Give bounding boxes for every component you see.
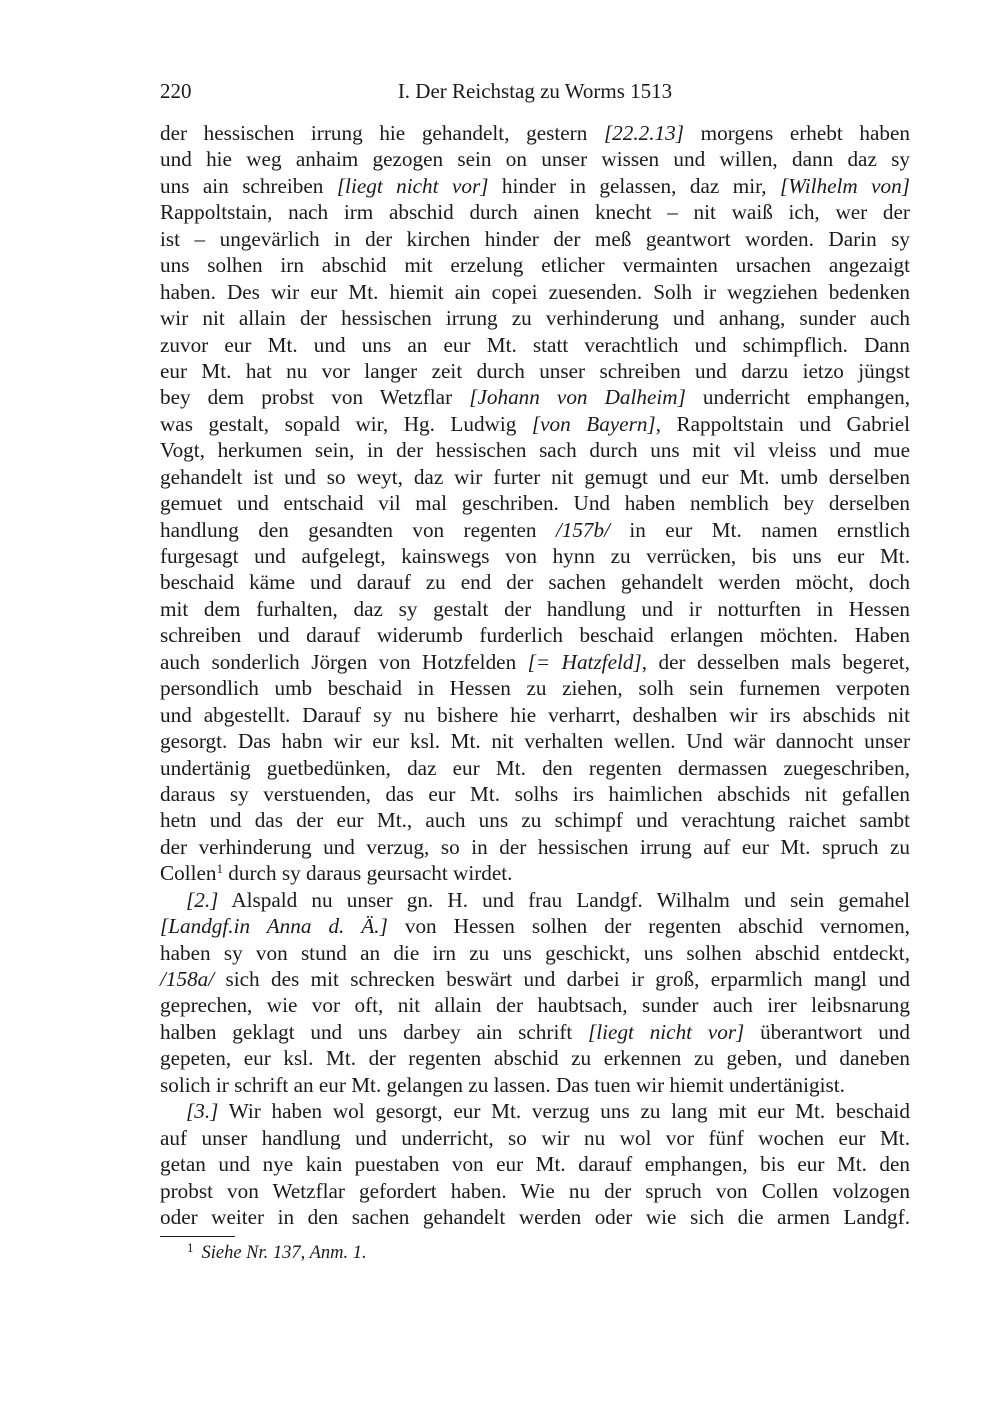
text-segment: gemuet und entschaid vil mal geschriben.… bbox=[160, 491, 910, 515]
text-line: eur Mt. hat nu vor langer zeit durch uns… bbox=[160, 358, 910, 384]
footnote-text: Siehe Nr. 137, Anm. 1. bbox=[202, 1243, 367, 1263]
text-line: getan und nye kain puestaben von eur Mt.… bbox=[160, 1151, 910, 1177]
text-line: ist – ungevärlich in der kirchen hinder … bbox=[160, 226, 910, 252]
editorial-annotation: [= Hatzfeld] bbox=[528, 650, 642, 674]
text-line: und abgestellt. Darauf sy nu bishere hie… bbox=[160, 702, 910, 728]
text-segment: uns ain schreiben bbox=[160, 174, 337, 198]
text-segment: morgens erhebt haben bbox=[684, 121, 910, 145]
text-line: geprechen, wie vor oft, nit allain der h… bbox=[160, 992, 910, 1018]
footnote-mark: 1 bbox=[187, 1240, 194, 1255]
text-line: Collen1 durch sy daraus geursacht wirdet… bbox=[160, 860, 910, 886]
text-line: daraus sy verstuenden, das eur Mt. solhs… bbox=[160, 781, 910, 807]
text-line: auch sonderlich Jörgen von Hotzfelden [=… bbox=[160, 649, 910, 675]
text-segment: durch sy daraus geursacht wirdet. bbox=[223, 861, 512, 885]
footnotes: 1Siehe Nr. 137, Anm. 1. bbox=[160, 1241, 910, 1265]
text-line: gehandelt ist und so weyt, daz wir furte… bbox=[160, 464, 910, 490]
editorial-annotation: /158a/ bbox=[160, 967, 214, 991]
text-segment: gehandelt ist und so weyt, daz wir furte… bbox=[160, 465, 910, 489]
text-segment: was gestalt, sopald wir, Hg. Ludwig bbox=[160, 412, 532, 436]
text-segment: geprechen, wie vor oft, nit allain der h… bbox=[160, 993, 910, 1017]
text-segment: , Rappoltstain und Gabriel bbox=[656, 412, 910, 436]
text-line: haben. Des wir eur Mt. hiemit ain copei … bbox=[160, 279, 910, 305]
text-line: Rappoltstain, nach irm abschid durch ain… bbox=[160, 199, 910, 225]
text-segment: hetn und das der eur Mt., auch uns zu sc… bbox=[160, 808, 910, 832]
text-segment: underricht emphangen, bbox=[686, 385, 910, 409]
editorial-annotation: /157b/ bbox=[556, 518, 610, 542]
text-line: bey dem probst von Wetzflar [Johann von … bbox=[160, 384, 910, 410]
text-line: zuvor eur Mt. und uns an eur Mt. statt v… bbox=[160, 332, 910, 358]
text-segment: auch sonderlich Jörgen von Hotzfelden bbox=[160, 650, 528, 674]
editorial-annotation: [2.] bbox=[186, 888, 218, 912]
text-segment: probst von Wetzflar gefordert haben. Wie… bbox=[160, 1179, 910, 1203]
text-line: beschaid käme und darauf zu end der sach… bbox=[160, 569, 910, 595]
text-segment: Rappoltstain, nach irm abschid durch ain… bbox=[160, 200, 910, 224]
text-segment: der verhinderung und verzug, so in der h… bbox=[160, 835, 910, 859]
text-segment: der hessischen irrung hie gehandelt, ges… bbox=[160, 121, 604, 145]
text-line: /158a/ sich des mit schrecken beswärt un… bbox=[160, 966, 910, 992]
text-line: und hie weg anhaim gezogen sein on unser… bbox=[160, 146, 910, 172]
editorial-annotation: [22.2.13] bbox=[604, 121, 684, 145]
text-segment: wir nit allain der hessischen irrung zu … bbox=[160, 306, 910, 330]
text-segment: undertänig guetbedünken, daz eur Mt. den… bbox=[160, 756, 910, 780]
editorial-annotation: [liegt nicht vor] bbox=[337, 174, 489, 198]
text-segment: eur Mt. hat nu vor langer zeit durch uns… bbox=[160, 359, 910, 383]
text-segment: Collen bbox=[160, 861, 217, 885]
text-segment: mit dem furhalten, daz sy gestalt der ha… bbox=[160, 597, 910, 621]
text-segment: daraus sy verstuenden, das eur Mt. solhs… bbox=[160, 782, 910, 806]
text-segment: Vogt, herkumen sein, in der hessischen s… bbox=[160, 438, 910, 462]
text-line: [Landgf.in Anna d. Ä.] von Hessen solhen… bbox=[160, 913, 910, 939]
text-segment: uns solhen irn abschid mit erzelung etli… bbox=[160, 253, 910, 277]
text-line: solich ir schrift an eur Mt. gelangen zu… bbox=[160, 1072, 910, 1098]
running-title: I. Der Reichstag zu Worms 1513 bbox=[160, 79, 910, 104]
text-line: auf unser handlung und underricht, so wi… bbox=[160, 1125, 910, 1151]
editorial-annotation: [3.] bbox=[186, 1099, 218, 1123]
text-line: haben sy von stund an die irn zu uns ges… bbox=[160, 940, 910, 966]
text-line: mit dem furhalten, daz sy gestalt der ha… bbox=[160, 596, 910, 622]
text-segment: von Hessen solhen der regenten abschid v… bbox=[388, 914, 910, 938]
text-segment: handlung den gesandten von regenten bbox=[160, 518, 556, 542]
editorial-annotation: [von Bayern] bbox=[532, 412, 656, 436]
text-segment: furgesagt und aufgelegt, kainswegs von h… bbox=[160, 544, 910, 568]
text-segment: sich des mit schrecken beswärt und darbe… bbox=[214, 967, 910, 991]
footnote-divider bbox=[160, 1236, 235, 1237]
text-segment: bey dem probst von Wetzflar bbox=[160, 385, 469, 409]
text-segment: hinder in gelassen, daz mir, bbox=[488, 174, 780, 198]
text-segment: getan und nye kain puestaben von eur Mt.… bbox=[160, 1152, 910, 1176]
text-line: uns solhen irn abschid mit erzelung etli… bbox=[160, 252, 910, 278]
text-line: der hessischen irrung hie gehandelt, ges… bbox=[160, 120, 910, 146]
editorial-annotation: [Landgf.in Anna d. Ä.] bbox=[160, 914, 388, 938]
text-segment: beschaid käme und darauf zu end der sach… bbox=[160, 570, 910, 594]
text-line: persondlich umb beschaid in Hessen zu zi… bbox=[160, 675, 910, 701]
text-line: furgesagt und aufgelegt, kainswegs von h… bbox=[160, 543, 910, 569]
text-segment: persondlich umb beschaid in Hessen zu zi… bbox=[160, 676, 910, 700]
text-segment: haben sy von stund an die irn zu uns ges… bbox=[160, 941, 910, 965]
text-line: oder weiter in den sachen gehandelt werd… bbox=[160, 1204, 910, 1230]
footnote: 1Siehe Nr. 137, Anm. 1. bbox=[160, 1241, 910, 1265]
editorial-annotation: [Wilhelm von] bbox=[780, 174, 910, 198]
text-segment: überantwort und bbox=[744, 1020, 910, 1044]
text-segment: Wir haben wol gesorgt, eur Mt. verzug un… bbox=[218, 1099, 910, 1123]
text-segment: zuvor eur Mt. und uns an eur Mt. statt v… bbox=[160, 333, 910, 357]
text-line: hetn und das der eur Mt., auch uns zu sc… bbox=[160, 807, 910, 833]
editorial-annotation: [Johann von Dalheim] bbox=[469, 385, 686, 409]
text-line: wir nit allain der hessischen irrung zu … bbox=[160, 305, 910, 331]
text-line: undertänig guetbedünken, daz eur Mt. den… bbox=[160, 755, 910, 781]
text-line: uns ain schreiben [liegt nicht vor] hind… bbox=[160, 173, 910, 199]
text-segment: und hie weg anhaim gezogen sein on unser… bbox=[160, 147, 910, 171]
text-segment: Alspald nu unser gn. H. und frau Landgf.… bbox=[218, 888, 910, 912]
text-segment: ist – ungevärlich in der kirchen hinder … bbox=[160, 227, 910, 251]
text-segment: in eur Mt. namen ernstlich bbox=[610, 518, 910, 542]
text-line: [3.] Wir haben wol gesorgt, eur Mt. verz… bbox=[160, 1098, 910, 1124]
text-line: [2.] Alspald nu unser gn. H. und frau La… bbox=[160, 887, 910, 913]
text-line: der verhinderung und verzug, so in der h… bbox=[160, 834, 910, 860]
text-segment: solich ir schrift an eur Mt. gelangen zu… bbox=[160, 1073, 845, 1097]
page-header: 220 I. Der Reichstag zu Worms 1513 bbox=[160, 79, 910, 107]
text-line: Vogt, herkumen sein, in der hessischen s… bbox=[160, 437, 910, 463]
text-line: gesorgt. Das habn wir eur ksl. Mt. nit v… bbox=[160, 728, 910, 754]
text-segment: gepeten, eur ksl. Mt. der regenten absch… bbox=[160, 1046, 910, 1070]
text-segment: gesorgt. Das habn wir eur ksl. Mt. nit v… bbox=[160, 729, 910, 753]
text-line: gepeten, eur ksl. Mt. der regenten absch… bbox=[160, 1045, 910, 1071]
text-line: handlung den gesandten von regenten /157… bbox=[160, 517, 910, 543]
editorial-annotation: [liegt nicht vor] bbox=[588, 1020, 744, 1044]
text-segment: , der desselben mals begeret, bbox=[642, 650, 910, 674]
text-line: halben geklagt und uns darbey ain schrif… bbox=[160, 1019, 910, 1045]
text-line: gemuet und entschaid vil mal geschriben.… bbox=[160, 490, 910, 516]
text-line: schreiben und darauf widerumb furderlich… bbox=[160, 622, 910, 648]
text-segment: und abgestellt. Darauf sy nu bishere hie… bbox=[160, 703, 910, 727]
text-line: was gestalt, sopald wir, Hg. Ludwig [von… bbox=[160, 411, 910, 437]
text-segment: schreiben und darauf widerumb furderlich… bbox=[160, 623, 910, 647]
text-line: probst von Wetzflar gefordert haben. Wie… bbox=[160, 1178, 910, 1204]
text-segment: haben. Des wir eur Mt. hiemit ain copei … bbox=[160, 280, 910, 304]
body-text: der hessischen irrung hie gehandelt, ges… bbox=[160, 120, 910, 1230]
text-segment: oder weiter in den sachen gehandelt werd… bbox=[160, 1205, 910, 1229]
text-segment: halben geklagt und uns darbey ain schrif… bbox=[160, 1020, 588, 1044]
text-segment: auf unser handlung und underricht, so wi… bbox=[160, 1126, 910, 1150]
